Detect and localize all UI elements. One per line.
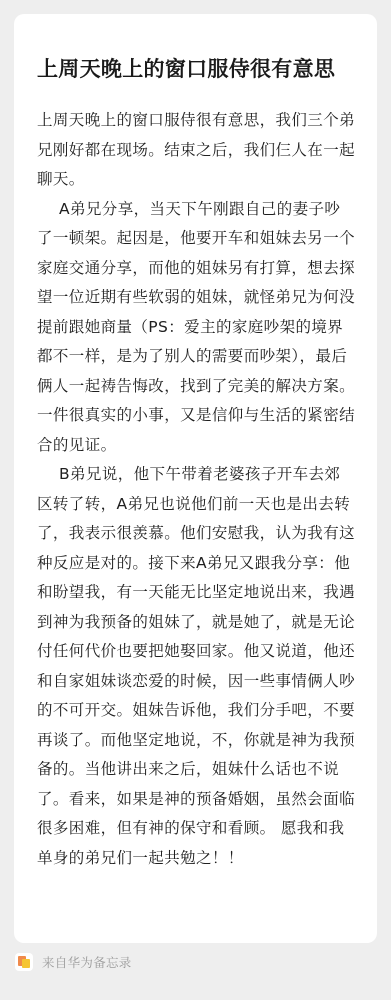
note-paragraph-2: A弟兄分享，当天下午刚跟自己的妻子吵了一顿架。起因是，他要开车和姐妹去另一个家庭… xyxy=(37,195,355,461)
note-title: 上周天晚上的窗口服侍很有意思 xyxy=(37,52,355,86)
note-paragraph-3: B弟兄说，他下午带着老婆孩子开车去郊区转了转，A弟兄也说他们前一天也是出去转了，… xyxy=(37,460,355,873)
huawei-notes-icon xyxy=(15,953,33,971)
note-paragraph-1: 上周天晚上的窗口服侍很有意思，我们三个弟兄刚好都在现场。结束之后，我们仨人在一起… xyxy=(37,106,355,195)
source-label: 来自华为备忘录 xyxy=(42,953,132,971)
note-card: 上周天晚上的窗口服侍很有意思 上周天晚上的窗口服侍很有意思，我们三个弟兄刚好都在… xyxy=(14,14,377,943)
source-footer[interactable]: 来自华为备忘录 xyxy=(15,953,132,971)
note-body: 上周天晚上的窗口服侍很有意思，我们三个弟兄刚好都在现场。结束之后，我们仨人在一起… xyxy=(37,106,355,873)
